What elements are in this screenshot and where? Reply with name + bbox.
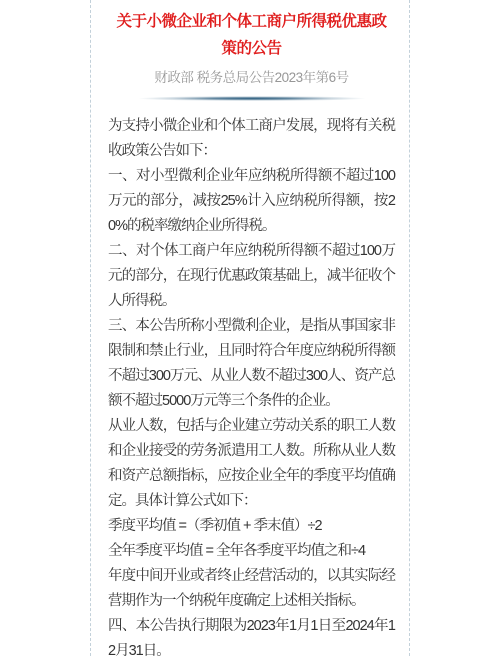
announcement-number: 财政部 税务总局公告2023年第6号 — [108, 69, 395, 87]
paragraph-mid-year: 年度中间开业或者终止经营活动的，以其实际经营期作为一个纳税年度确定上述相关指标。 — [108, 564, 395, 614]
announcement-body: 为支持小微企业和个体工商户发展，现将有关税收政策公告如下： 一、对小型微利企业年… — [108, 114, 395, 656]
paragraph-article-3: 三、本公告所称小型微利企业，是指从事国家非限制和禁止行业，且同时符合年度应纳税所… — [108, 314, 395, 414]
announcement-title: 关于小微企业和个体工商户所得税优惠政策的公告 — [108, 8, 395, 62]
paragraph-intro: 为支持小微企业和个体工商户发展，现将有关税收政策公告如下： — [108, 114, 395, 164]
paragraph-formula-1: 季度平均值 =（季初值 + 季末值）÷2 — [108, 514, 395, 539]
announcement-page: 关于小微企业和个体工商户所得税优惠政策的公告 财政部 税务总局公告2023年第6… — [0, 0, 500, 656]
paragraph-article-2: 二、对个体工商户年应纳税所得额不超过100万元的部分，在现行优惠政策基础上，减半… — [108, 239, 395, 314]
paragraph-formula-2: 全年季度平均值 = 全年各季度平均值之和÷4 — [108, 539, 395, 564]
paragraph-employee-def: 从业人数，包括与企业建立劳动关系的职工人数和企业接受的劳务派遣用工人数。所称从业… — [108, 414, 395, 514]
paragraph-article-4: 四、本公告执行期限为2023年1月1日至2024年12月31日。 — [108, 614, 395, 656]
paragraph-article-1: 一、对小型微利企业年应纳税所得额不超过100万元的部分，减按25%计入应纳税所得… — [108, 164, 395, 239]
article-column: 关于小微企业和个体工商户所得税优惠政策的公告 财政部 税务总局公告2023年第6… — [90, 0, 410, 656]
gradient-divider-line — [138, 96, 366, 101]
